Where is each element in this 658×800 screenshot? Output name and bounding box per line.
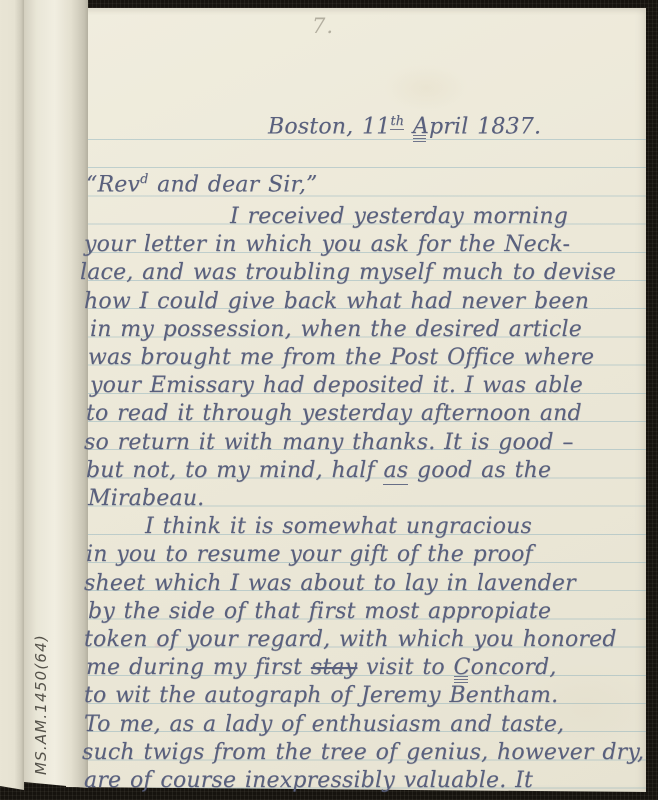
letter-line: Boston, 11th April 1837. [268, 114, 541, 139]
letter-line: your letter in which you ask for the Nec… [84, 232, 570, 257]
letter-line: in you to resume your gift of the proof [86, 542, 533, 567]
letter-lines: Boston, 11th April 1837.“Revd and dear S… [0, 0, 658, 800]
letter-line: to read it through yesterday afternoon a… [86, 401, 582, 426]
letter-line: such twigs from the tree of genius, howe… [82, 740, 644, 765]
letter-line: I think it is somewhat ungracious [145, 514, 532, 539]
letter-line: token of your regard, with which you hon… [84, 627, 617, 652]
letter-line: are of course inexpressibly valuable. It [84, 768, 533, 793]
letter-line: but not, to my mind, half as good as the [86, 458, 551, 483]
letter-line: to wit the autograph of Jeremy Bentham. [84, 683, 558, 708]
letter-line: your Emissary had deposited it. I was ab… [90, 373, 583, 398]
letter-line: me during my first stay visit to Concord… [86, 655, 557, 680]
letter-line: by the side of that first most appropiat… [88, 599, 551, 624]
letter-line: lace, and was troubling myself much to d… [80, 260, 616, 285]
letter-line: “Revd and dear Sir,” [86, 172, 317, 197]
letter-line: in my possession, when the desired artic… [90, 317, 582, 342]
letter-line: how I could give back what had never bee… [84, 289, 589, 314]
letter-line: I received yesterday morning [230, 204, 568, 229]
letter-line: sheet which I was about to lay in lavend… [84, 571, 576, 596]
letter-line: To me, as a lady of enthusiasm and taste… [84, 712, 564, 737]
scan-background: MS.AM.1450(64) 7. Boston, 11th April 183… [0, 0, 658, 800]
letter-line: was brought me from the Post Office wher… [88, 345, 594, 370]
letter-line: Mirabeau. [88, 486, 204, 511]
letter-line: so return it with many thanks. It is goo… [84, 430, 574, 455]
